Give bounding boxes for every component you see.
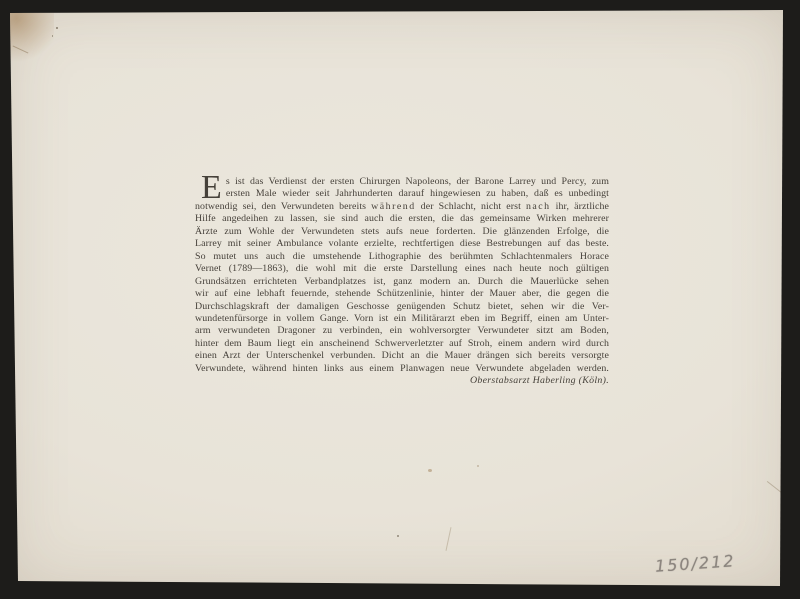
paper-speck xyxy=(397,535,399,537)
paper-sheet: E s ist das Verdienst der ersten Chirurg… xyxy=(0,0,800,599)
text-line: Ärzte zum Wohle der Verwundeten stets au… xyxy=(195,226,609,238)
text-line: Hilfe angedeihen zu lassen, sie sind auc… xyxy=(195,213,609,225)
paper-speck xyxy=(477,465,479,467)
text-line: So mutet uns auch die umstehende Lithogr… xyxy=(195,251,609,263)
text-line: notwendig sei, den Verwundeten bereits w… xyxy=(195,201,609,213)
text-block: E s ist das Verdienst der ersten Chirurg… xyxy=(195,176,609,388)
scan-background: E s ist das Verdienst der ersten Chirurg… xyxy=(0,0,800,599)
text-line: Vernet (1789—1863), die wohl mit die ers… xyxy=(195,263,609,275)
paper-speck xyxy=(56,27,58,29)
paper-speck xyxy=(428,469,432,472)
stain-top-left xyxy=(6,8,54,66)
text-line: Larrey mit seiner Ambulance volante erzi… xyxy=(195,238,609,250)
text-line: einen Arzt der Unterschenkel verbunden. … xyxy=(195,350,609,362)
text-line: ersten Male wieder seit Jahrhunderten da… xyxy=(195,188,609,200)
text-line: wundetenfürsorge in vollem Gange. Vorn i… xyxy=(195,313,609,325)
drop-cap: E xyxy=(201,176,222,200)
text-line: wir auf eine lebhaft feuernde, stehende … xyxy=(195,288,609,300)
text-line: s ist das Verdienst der ersten Chirurgen… xyxy=(195,176,609,188)
hairline-mark-bottom xyxy=(446,527,452,551)
paper-speck xyxy=(52,35,53,37)
signature-line: Oberstabsarzt Haberling (Köln). xyxy=(195,375,609,387)
text-line: Grundsätzen errichteten Verbandplatzes i… xyxy=(195,276,609,288)
handwritten-inventory-number: 150/212 xyxy=(654,551,736,576)
text-line: hinter dem Baum liegt ein anscheinend Sc… xyxy=(195,338,609,350)
text-line: Durchschlagskraft der damaligen Geschoss… xyxy=(195,301,609,313)
scratch-mark-right xyxy=(767,481,783,494)
text-line: arm verwundeten Dragoner zu verbinden, e… xyxy=(195,325,609,337)
text-line: Verwundete, während hinten links aus ein… xyxy=(195,363,609,375)
